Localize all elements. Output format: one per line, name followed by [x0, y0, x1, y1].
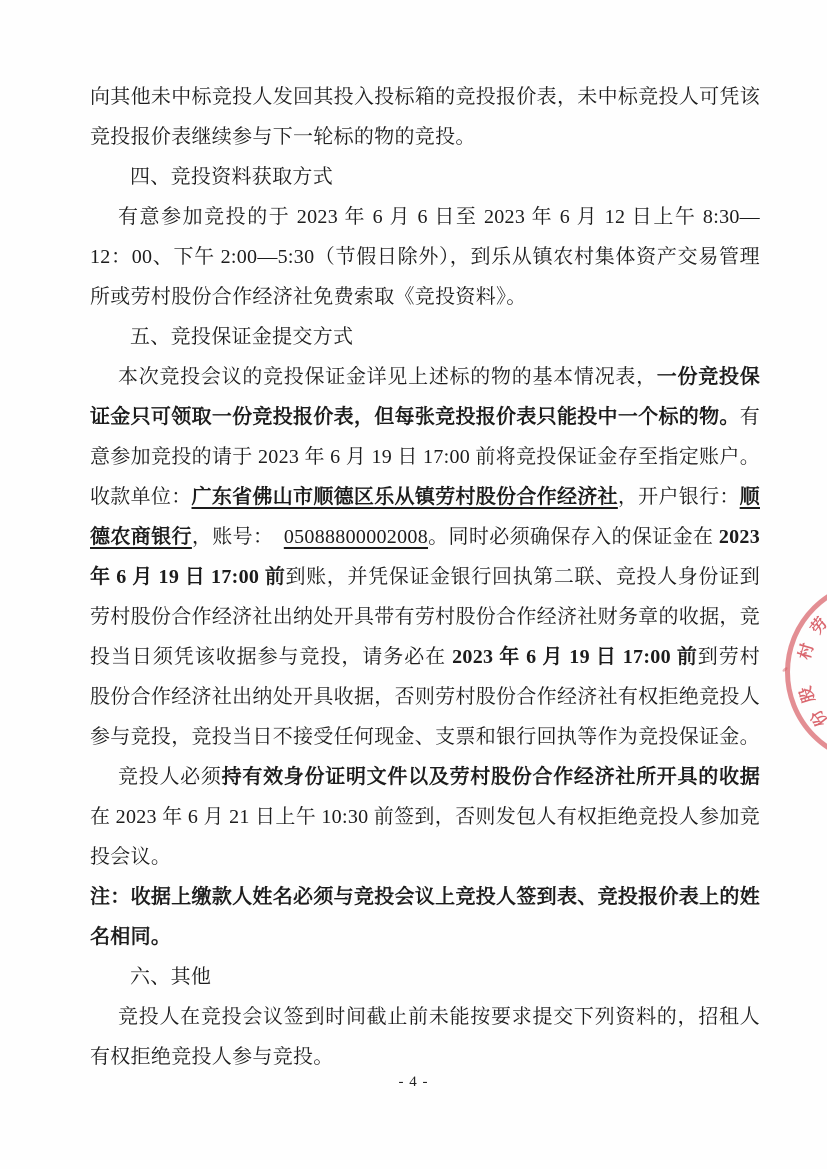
text-run: ，开户银行：: [618, 486, 740, 508]
text-run: 本次竞投会议的竞投保证金详见上述标的物的基本情况表，: [118, 366, 657, 388]
paragraph: 竞投人必须持有效身份证明文件以及劳村股份合作经济社所开具的收据在 2023 年 …: [90, 757, 760, 877]
paragraph: 有意参加竞投的于 2023 年 6 月 6 日至 2023 年 6 月 12 日…: [90, 197, 760, 317]
text-run: 竞投人必须: [118, 766, 222, 788]
document-page: 向其他未中标竞投人发回其投入投标箱的竞投报价表，未中标竞投人可凭该竞投报价表继续…: [0, 0, 827, 1169]
document-body: 向其他未中标竞投人发回其投入投标箱的竞投报价表，未中标竞投人可凭该竞投报价表继续…: [90, 77, 760, 1077]
seal-character: 股: [793, 684, 820, 706]
seal-character: 村: [792, 640, 819, 662]
text-run: 。同时必须确保存入的保证金在: [428, 526, 719, 548]
text-run: 2023 年 6 月 19 日 17:00 前: [452, 646, 698, 668]
paragraph: 注：收据上缴款人姓名必须与竞投会议上竞投人签到表、竞投报价表上的姓名相同。: [90, 877, 760, 957]
text-run: 六、其他: [130, 966, 211, 988]
text-run: ，账号：: [192, 526, 284, 548]
section-heading: 六、其他: [90, 957, 760, 997]
text-run: 05088800002008: [284, 526, 428, 548]
page-number: - 4 -: [0, 1074, 827, 1091]
section-heading: 四、竞投资料获取方式: [90, 157, 760, 197]
seal-character: 份: [804, 706, 827, 733]
paragraph: 竞投人在竞投会议签到时间截止前未能按要求提交下列资料的，招租人有权拒绝竞投人参与…: [90, 997, 760, 1077]
text-run: 持有效身份证明文件以及劳村股份合作经济社所开具的收据: [222, 766, 760, 788]
text-run: 注：收据上缴款人姓名必须与竞投会议上竞投人签到表、竞投报价表上的姓名相同。: [90, 886, 760, 948]
seal-ink-speck: [782, 666, 789, 672]
paragraph: 向其他未中标竞投人发回其投入投标箱的竞投报价表，未中标竞投人可凭该竞投报价表继续…: [90, 77, 760, 157]
text-run: 向其他未中标竞投人发回其投入投标箱的竞投报价表，未中标竞投人可凭该竞投报价表继续…: [90, 86, 760, 148]
text-run: 四、竞投资料获取方式: [130, 166, 333, 188]
red-seal-stamp: 劳村股份: [770, 560, 827, 790]
text-run: 有意参加竞投的于 2023 年 6 月 6 日至 2023 年 6 月 12 日…: [90, 206, 760, 308]
seal-character: 劳: [804, 612, 827, 639]
paragraph: 本次竞投会议的竞投保证金详见上述标的物的基本情况表，一份竞投保证金只可领取一份竞…: [90, 357, 760, 757]
text-run: 五、竞投保证金提交方式: [130, 326, 353, 348]
text-run: 竞投人在竞投会议签到时间截止前未能按要求提交下列资料的，招租人有权拒绝竞投人参与…: [90, 1006, 760, 1068]
section-heading: 五、竞投保证金提交方式: [90, 317, 760, 357]
text-run: 广东省佛山市顺德区乐从镇劳村股份合作经济社: [192, 486, 618, 508]
seal-ring: [785, 579, 827, 765]
text-run: 在 2023 年 6 月 21 日上午 10:30 前签到，否则发包人有权拒绝竞…: [90, 806, 760, 868]
